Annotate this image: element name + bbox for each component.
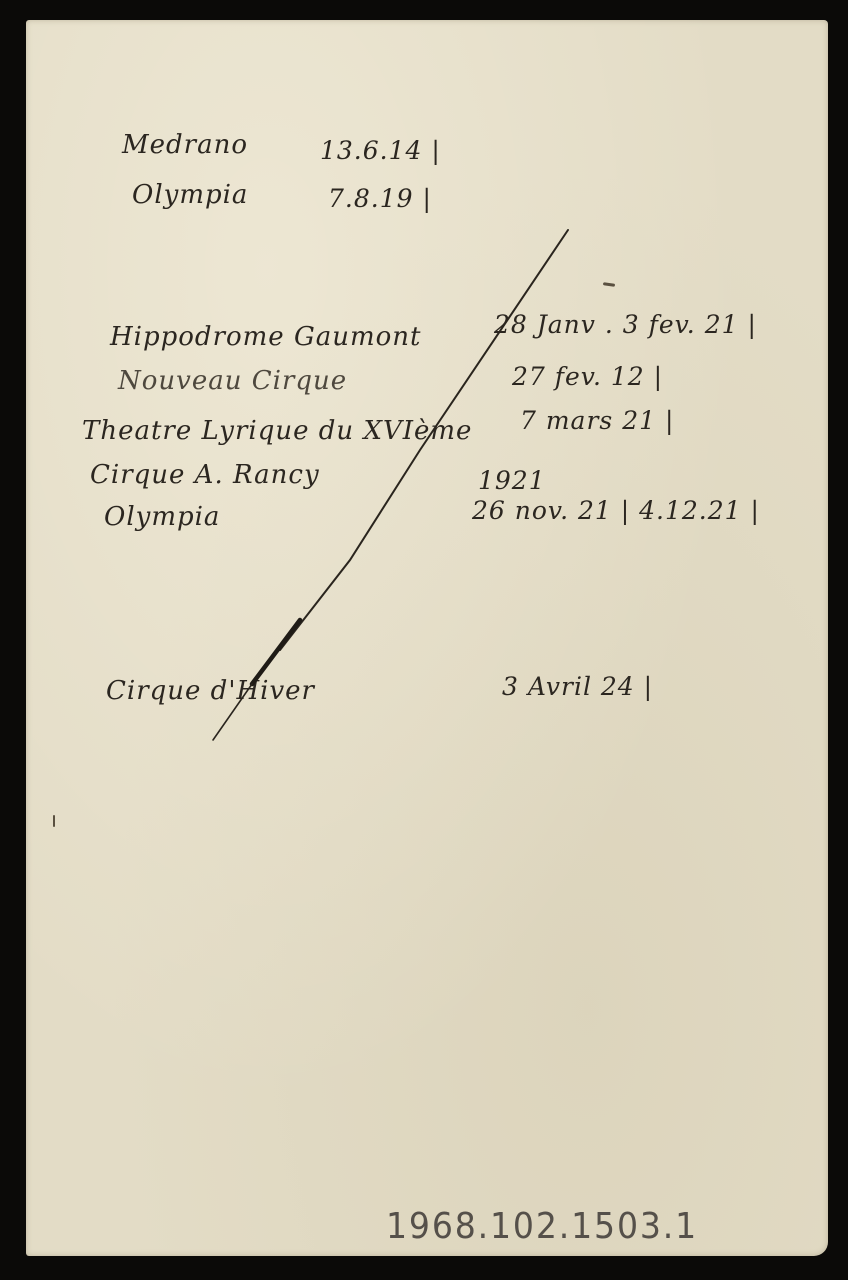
venue-olympia-1: Olympia: [132, 180, 248, 210]
venue-cirque-rancy: Cirque A. Rancy: [90, 460, 320, 490]
catalog-number: 1968.102.1503.1: [386, 1206, 698, 1247]
venue-hippodrome-gaumont: Hippodrome Gaumont: [110, 322, 421, 352]
scanned-document: Medrano 13.6.14 | Olympia 7.8.19 | Hippo…: [0, 0, 848, 1280]
date-medrano: 13.6.14 |: [320, 136, 441, 165]
venue-olympia-2: Olympia: [104, 502, 220, 532]
date-theatre-lyrique: 7 mars 21 |: [520, 406, 674, 435]
date-hippodrome-gaumont: 28 Janv . 3 fev. 21 |: [494, 310, 757, 339]
date-nouveau-cirque: 27 fev. 12 |: [512, 362, 663, 391]
venue-medrano: Medrano: [122, 130, 248, 160]
venue-nouveau-cirque: Nouveau Cirque: [118, 366, 347, 396]
ink-speck: [53, 815, 55, 827]
date-olympia-1: 7.8.19 |: [328, 184, 432, 213]
date-cirque-hiver: 3 Avril 24 |: [502, 672, 653, 701]
venue-theatre-lyrique: Theatre Lyrique du XVIème: [82, 416, 472, 446]
date-olympia-2: 26 nov. 21 | 4.12.21 |: [472, 496, 760, 525]
date-cirque-rancy: 1921: [478, 466, 546, 495]
venue-cirque-hiver: Cirque d'Hiver: [106, 676, 315, 706]
